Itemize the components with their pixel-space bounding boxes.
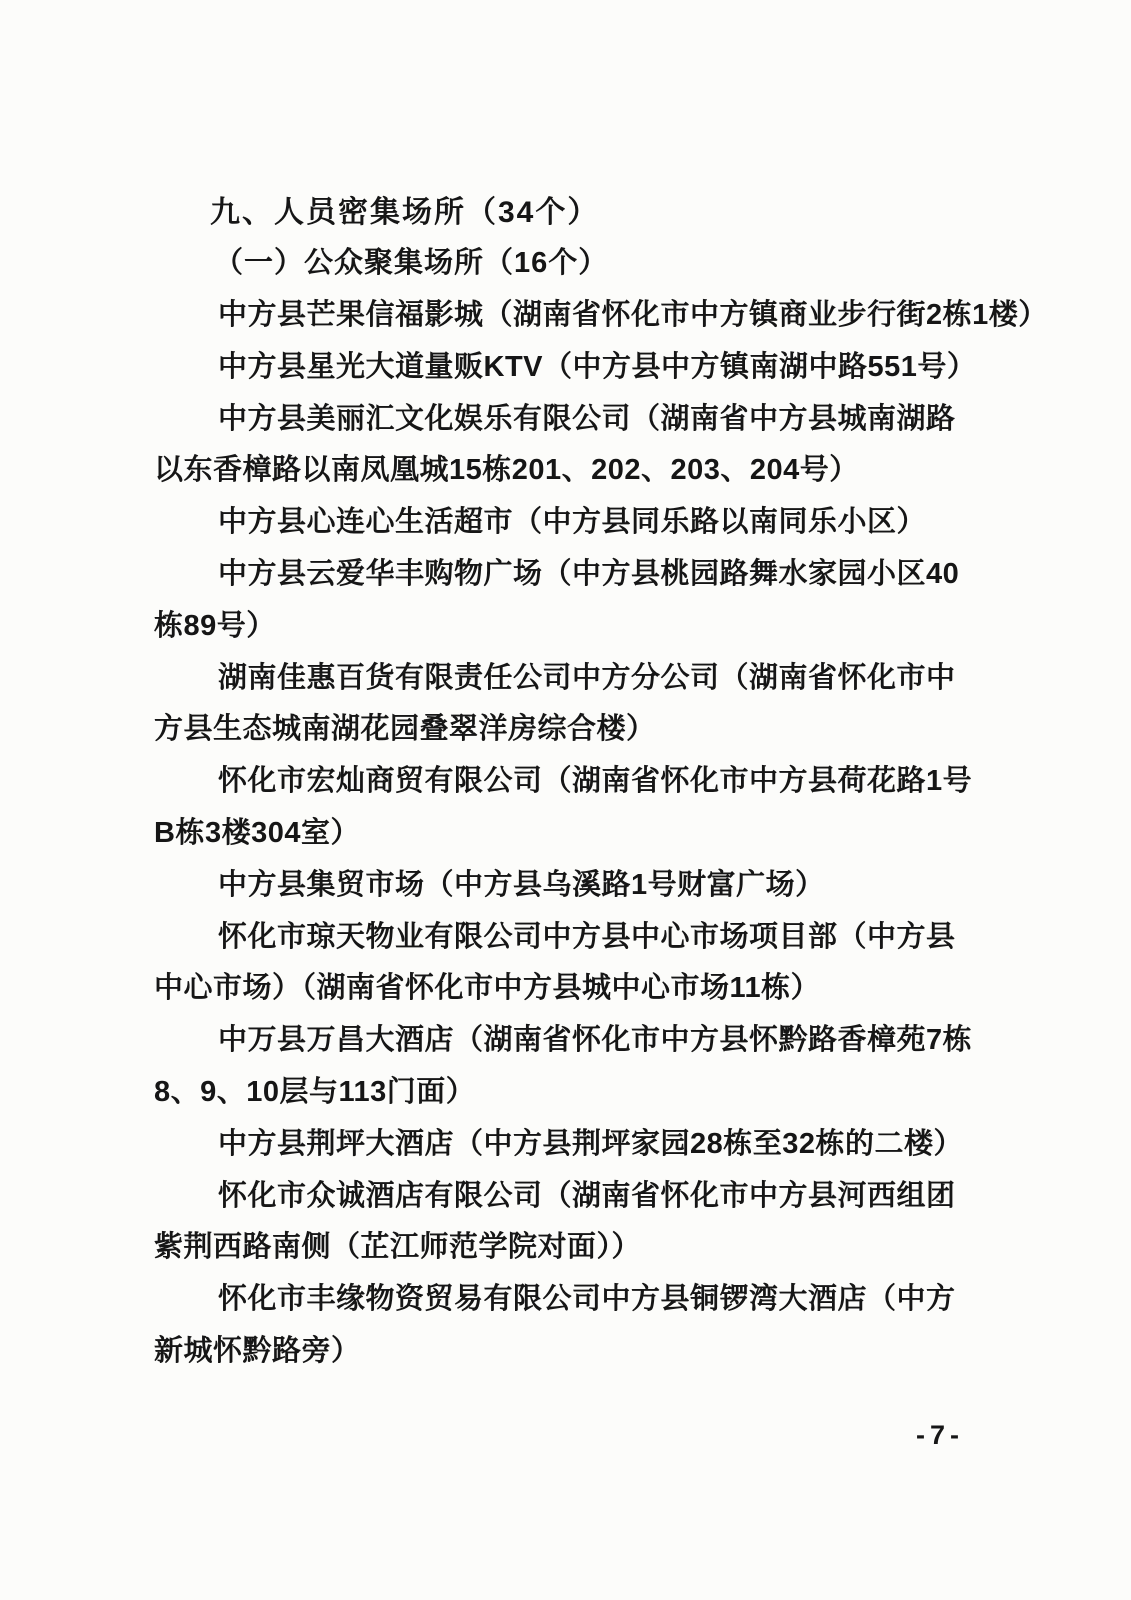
document-content: 九、人员密集场所（34个） （一）公众聚集场所（16个） 中方县芒果信福影城（湖… [154,183,984,1374]
page-number: -7- [916,1420,964,1451]
text-line: 中方县荆坪大酒店（中方县荆坪家园28栋至32栋的二楼） [154,1115,984,1167]
text-line: 怀化市丰缘物资贸易有限公司中方县铜锣湾大酒店（中方 [154,1271,984,1323]
text-line: 怀化市琼天物业有限公司中方县中心市场项目部（中方县 [154,908,984,960]
text-line: 新城怀黔路旁） [154,1323,984,1375]
text-line: 中方县集贸市场（中方县乌溪路1号财富广场） [154,856,984,908]
text-line: 以东香樟路以南凤凰城15栋201、202、203、204号） [154,442,984,494]
subsection-heading: （一）公众聚集场所（16个） [154,235,984,287]
section-heading: 九、人员密集场所（34个） [154,183,984,235]
text-line: B栋3楼304室） [154,805,984,857]
text-line: 中方县美丽汇文化娱乐有限公司（湖南省中方县城南湖路 [154,390,984,442]
text-line: 怀化市宏灿商贸有限公司（湖南省怀化市中方县荷花路1号 [154,753,984,805]
text-line: 湖南佳惠百货有限责任公司中方分公司（湖南省怀化市中 [154,649,984,701]
text-line: 方县生态城南湖花园叠翠洋房综合楼） [154,701,984,753]
text-line: 怀化市众诚酒店有限公司（湖南省怀化市中方县河西组团 [154,1167,984,1219]
text-line: 栋89号） [154,597,984,649]
text-line: 中方县云爱华丰购物广场（中方县桃园路舞水家园小区40 [154,546,984,598]
text-line: 中方县心连心生活超市（中方县同乐路以南同乐小区） [154,494,984,546]
text-line: 中方县芒果信福影城（湖南省怀化市中方镇商业步行街2栋1楼） [154,287,984,339]
text-line: 紫荆西路南侧（芷江师范学院对面）） [154,1219,984,1271]
text-lines: 中方县芒果信福影城（湖南省怀化市中方镇商业步行街2栋1楼）中方县星光大道量贩KT… [154,287,984,1375]
document-page: 九、人员密集场所（34个） （一）公众聚集场所（16个） 中方县芒果信福影城（湖… [0,0,1131,1600]
text-line: 中万县万昌大酒店（湖南省怀化市中方县怀黔路香樟苑7栋 [154,1012,984,1064]
text-line: 8、9、10层与113门面） [154,1064,984,1116]
text-line: 中心市场）（湖南省怀化市中方县城中心市场11栋） [154,960,984,1012]
text-line: 中方县星光大道量贩KTV（中方县中方镇南湖中路551号） [154,338,984,390]
